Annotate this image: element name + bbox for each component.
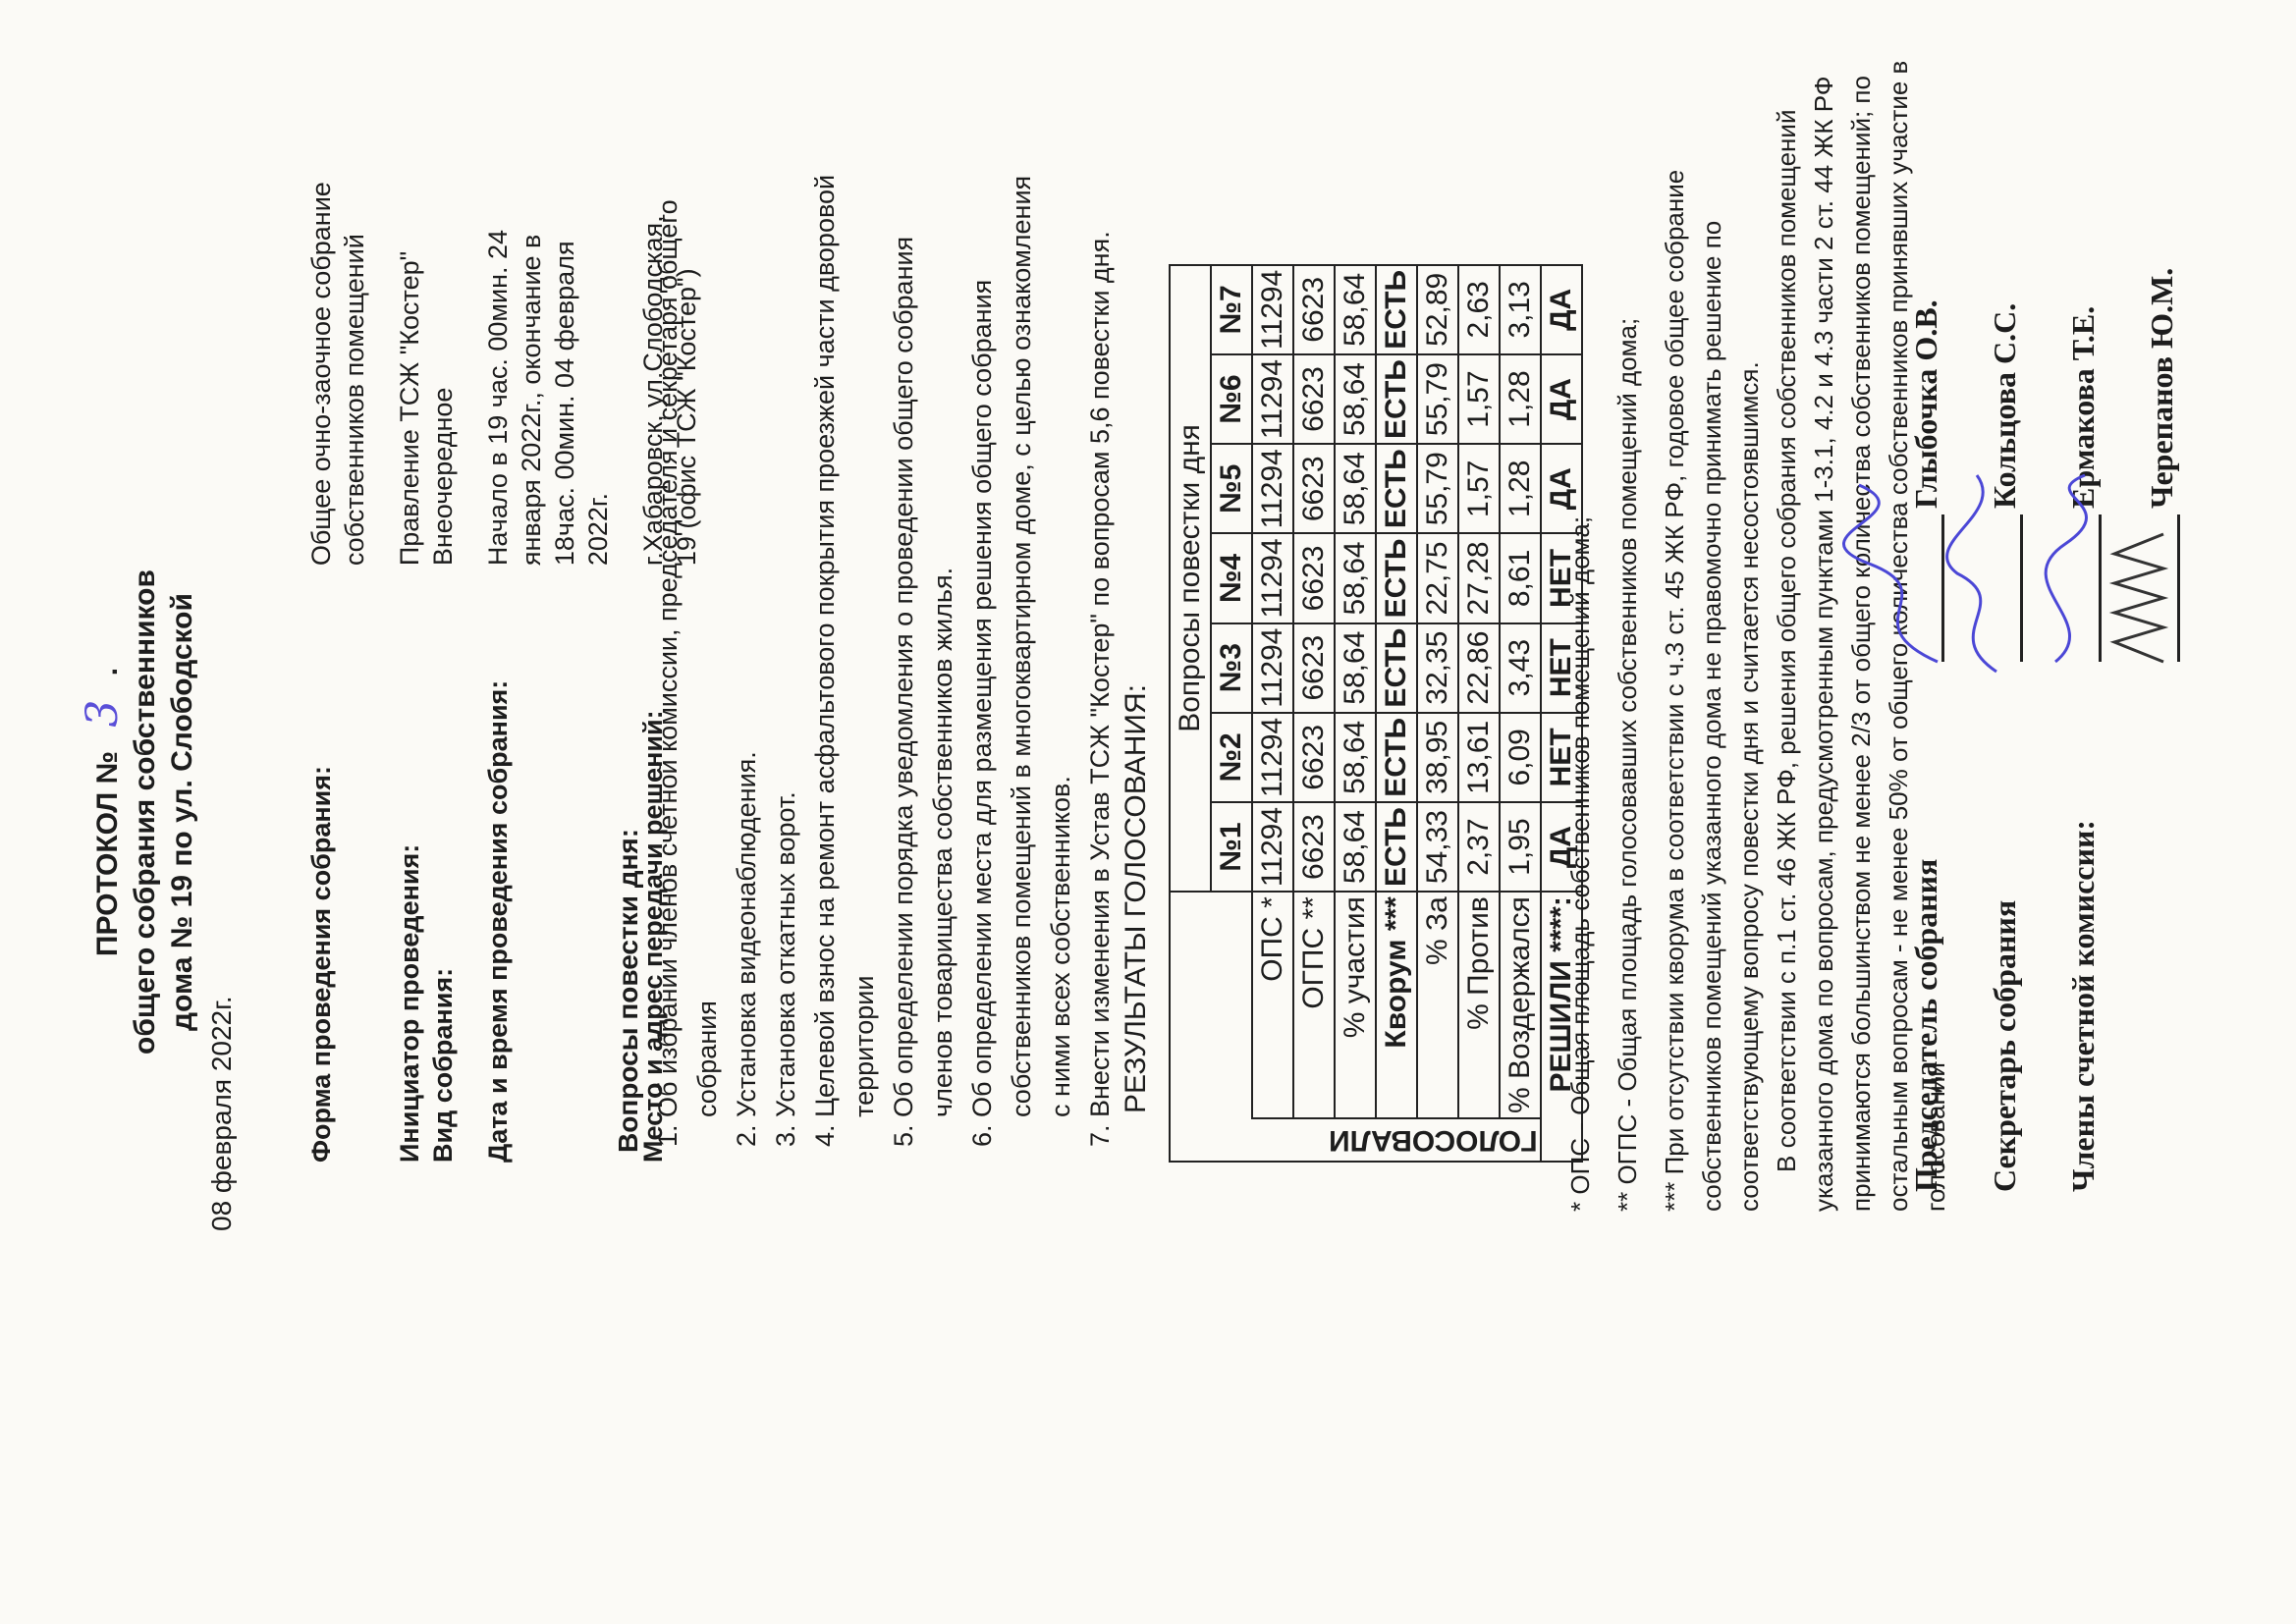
row-label: Кворум *** [1376,892,1417,1118]
table-row: % За54,3338,9532,3522,7555,7955,7952,89 [1417,265,1458,1162]
table-cell: ЕСТЬ [1376,265,1417,354]
info-value: Правление ТСЖ "Костер" [393,181,426,566]
agenda-item: Об определении места для размещения реше… [962,171,1080,1117]
table-cell: 58,64 [1335,265,1376,354]
table-row: ГОЛОСОВАЛИОПС *1129411294112941129411294… [1252,265,1293,1162]
table-cell: 13,61 [1458,713,1500,802]
table-cell: 3,43 [1500,623,1541,713]
info-label: Вид собрания: [426,566,460,1163]
table-cell: 22,75 [1417,533,1458,623]
protocol-number-handwritten: 3 [84,684,122,743]
title-line-3: дома № 19 по ул. Слободской [164,0,201,1624]
column-header: №5 [1211,444,1252,533]
agenda-item: Об определении порядка уведомления о про… [884,171,962,1117]
info-value: Общее очно-заочное собрание собственнико… [304,181,371,566]
table-cell: 11294 [1252,713,1293,802]
table-cell: ЕСТЬ [1376,533,1417,623]
table-cell: 11294 [1252,623,1293,713]
table-row: ОГПС **6623662366236623662366236623 [1293,265,1335,1162]
table-cell: 3,13 [1500,265,1541,354]
table-cell: 6623 [1293,623,1335,713]
column-header: №4 [1211,533,1252,623]
table-cell: 58,64 [1335,533,1376,623]
title-line-2: общего собрания собственников [127,0,164,1624]
table-cell: ЕСТЬ [1376,623,1417,713]
table-cell: 54,33 [1417,802,1458,892]
table-cell: 22,86 [1458,623,1500,713]
row-label: % За [1417,892,1458,1118]
table-cell: 58,64 [1335,444,1376,533]
info-label: Форма проведения собрания: [304,566,371,1163]
voting-results-table: Вопросы повестки дня №1№2№3№4№5№6№7 ГОЛО… [1169,264,1583,1163]
table-cell: 6623 [1293,713,1335,802]
table-cell: ЕСТЬ [1376,802,1417,892]
table-cell: 6623 [1293,444,1335,533]
table-cell: 11294 [1252,802,1293,892]
table-cell: ЕСТЬ [1376,444,1417,533]
signatures: Председатель собрания Глыбочка О.В. Секр… [1866,112,2180,1192]
table-cell: 11294 [1252,265,1293,354]
info-row-datetime: Дата и время проведения собрания: Начало… [481,181,615,1163]
table-row: % Воздержался1,956,093,438,611,281,283,1… [1500,265,1541,1162]
agenda-item: Установка откатных ворот. [766,171,805,1117]
table-cell: 6623 [1293,533,1335,623]
signature-row-commission-2: Черепанов Ю.М. [2102,112,2180,1192]
column-header: №6 [1211,354,1252,444]
column-header: №2 [1211,713,1252,802]
signature-line [2144,514,2180,662]
agenda-item: Внести изменения в Устав ТСЖ "Костер" по… [1080,171,1120,1117]
table-cell: ЕСТЬ [1376,354,1417,444]
title-protocol: ПРОТОКОЛ № [91,751,124,956]
info-row-initiator: Инициатор проведения: Правление ТСЖ "Кос… [393,181,426,1163]
agenda-item: Целевой взнос на ремонт асфальтового пок… [805,171,884,1117]
row-label: ОГПС ** [1293,892,1335,1118]
table-cell: 1,28 [1500,354,1541,444]
side-label: ГОЛОСОВАЛИ [1329,1123,1538,1157]
table-cell: 11294 [1252,444,1293,533]
footnote: *** При отсутствии кворума в соответстви… [1656,4,1768,1212]
table-cell: 6623 [1293,802,1335,892]
table-row: % участия58,6458,6458,6458,6458,6458,645… [1335,265,1376,1162]
table-cell: 11294 [1252,354,1293,444]
table-row: Кворум ***ЕСТЬЕСТЬЕСТЬЕСТЬЕСТЬЕСТЬЕСТЬ [1376,265,1417,1162]
table-cell: 58,64 [1335,713,1376,802]
table-cell: 2,63 [1458,265,1500,354]
info-row-type: Вид собрания: Внеочередное [426,181,460,1163]
document-date: 08 февраля 2022г. [206,996,238,1231]
row-label: % участия [1335,892,1376,1118]
row-label: ОПС * [1252,892,1293,1118]
table-cell: 38,95 [1417,713,1458,802]
info-value: Внеочередное [426,181,460,566]
signature-role: Секретарь собрания [1987,662,2023,1192]
table-cell: ЕСТЬ [1376,713,1417,802]
row-label: % Против [1458,892,1500,1118]
info-value: Начало в 19 час. 00мин. 24 января 2022г.… [481,181,615,566]
row-label: % Воздержался [1500,892,1541,1118]
table-cell: 55,79 [1417,354,1458,444]
info-row-form: Форма проведения собрания: Общее очно-за… [304,181,371,1163]
protocol-document: ПРОТОКОЛ № 3 . общего собрания собственн… [0,0,2296,1624]
column-header: №7 [1211,265,1252,354]
table-cell: 1,57 [1458,444,1500,533]
table-cell: 2,37 [1458,802,1500,892]
table-cell: 55,79 [1417,444,1458,533]
agenda-item: Установка видеонаблюдения. [727,171,766,1117]
table-cell: 1,57 [1458,354,1500,444]
info-label: Инициатор проведения: [393,566,426,1163]
footnote: * ОПС - Общая площадь собственников поме… [1561,4,1599,1212]
footnote: ** ОГПС - Общая площадь голосовавших соб… [1609,4,1646,1212]
handwritten-signature-icon [2075,465,2193,681]
table-cell: 1,95 [1500,802,1541,892]
table-cell: 58,64 [1335,354,1376,444]
results-title: РЕЗУЛЬТАТЫ ГОЛОСОВАНИЯ: [1120,684,1153,1113]
agenda: Вопросы повестки дня: Об избрании членов… [609,171,1120,1153]
table-cell: 6623 [1293,354,1335,444]
signature-role: Председатель собрания [1908,662,1944,1192]
table-cell: 58,64 [1335,623,1376,713]
column-header: №1 [1211,802,1252,892]
table-cell: 52,89 [1417,265,1458,354]
table-row: % Против2,3713,6122,8627,281,571,572,63 [1458,265,1500,1162]
table-cell: 6623 [1293,265,1335,354]
table-cell: 11294 [1252,533,1293,623]
document-title: ПРОТОКОЛ № 3 . общего собрания собственн… [84,0,201,1624]
info-label: Дата и время проведения собрания: [481,566,615,1163]
side-label-cell: ГОЛОСОВАЛИ [1252,1118,1541,1162]
table-cell: 8,61 [1500,533,1541,623]
table-corner [1170,892,1252,1162]
group-header: Вопросы повестки дня [1170,265,1211,892]
agenda-item: Об избрании членов счетной комиссии, пре… [648,171,727,1117]
table-cell: 6,09 [1500,713,1541,802]
table-cell: 1,28 [1500,444,1541,533]
column-header: №3 [1211,623,1252,713]
table-cell: 58,64 [1335,802,1376,892]
table-cell: 27,28 [1458,533,1500,623]
table-cell: 32,35 [1417,623,1458,713]
agenda-heading: Вопросы повестки дня: [609,171,648,1153]
signature-role: Члены счетной комиссии: [2065,662,2102,1192]
